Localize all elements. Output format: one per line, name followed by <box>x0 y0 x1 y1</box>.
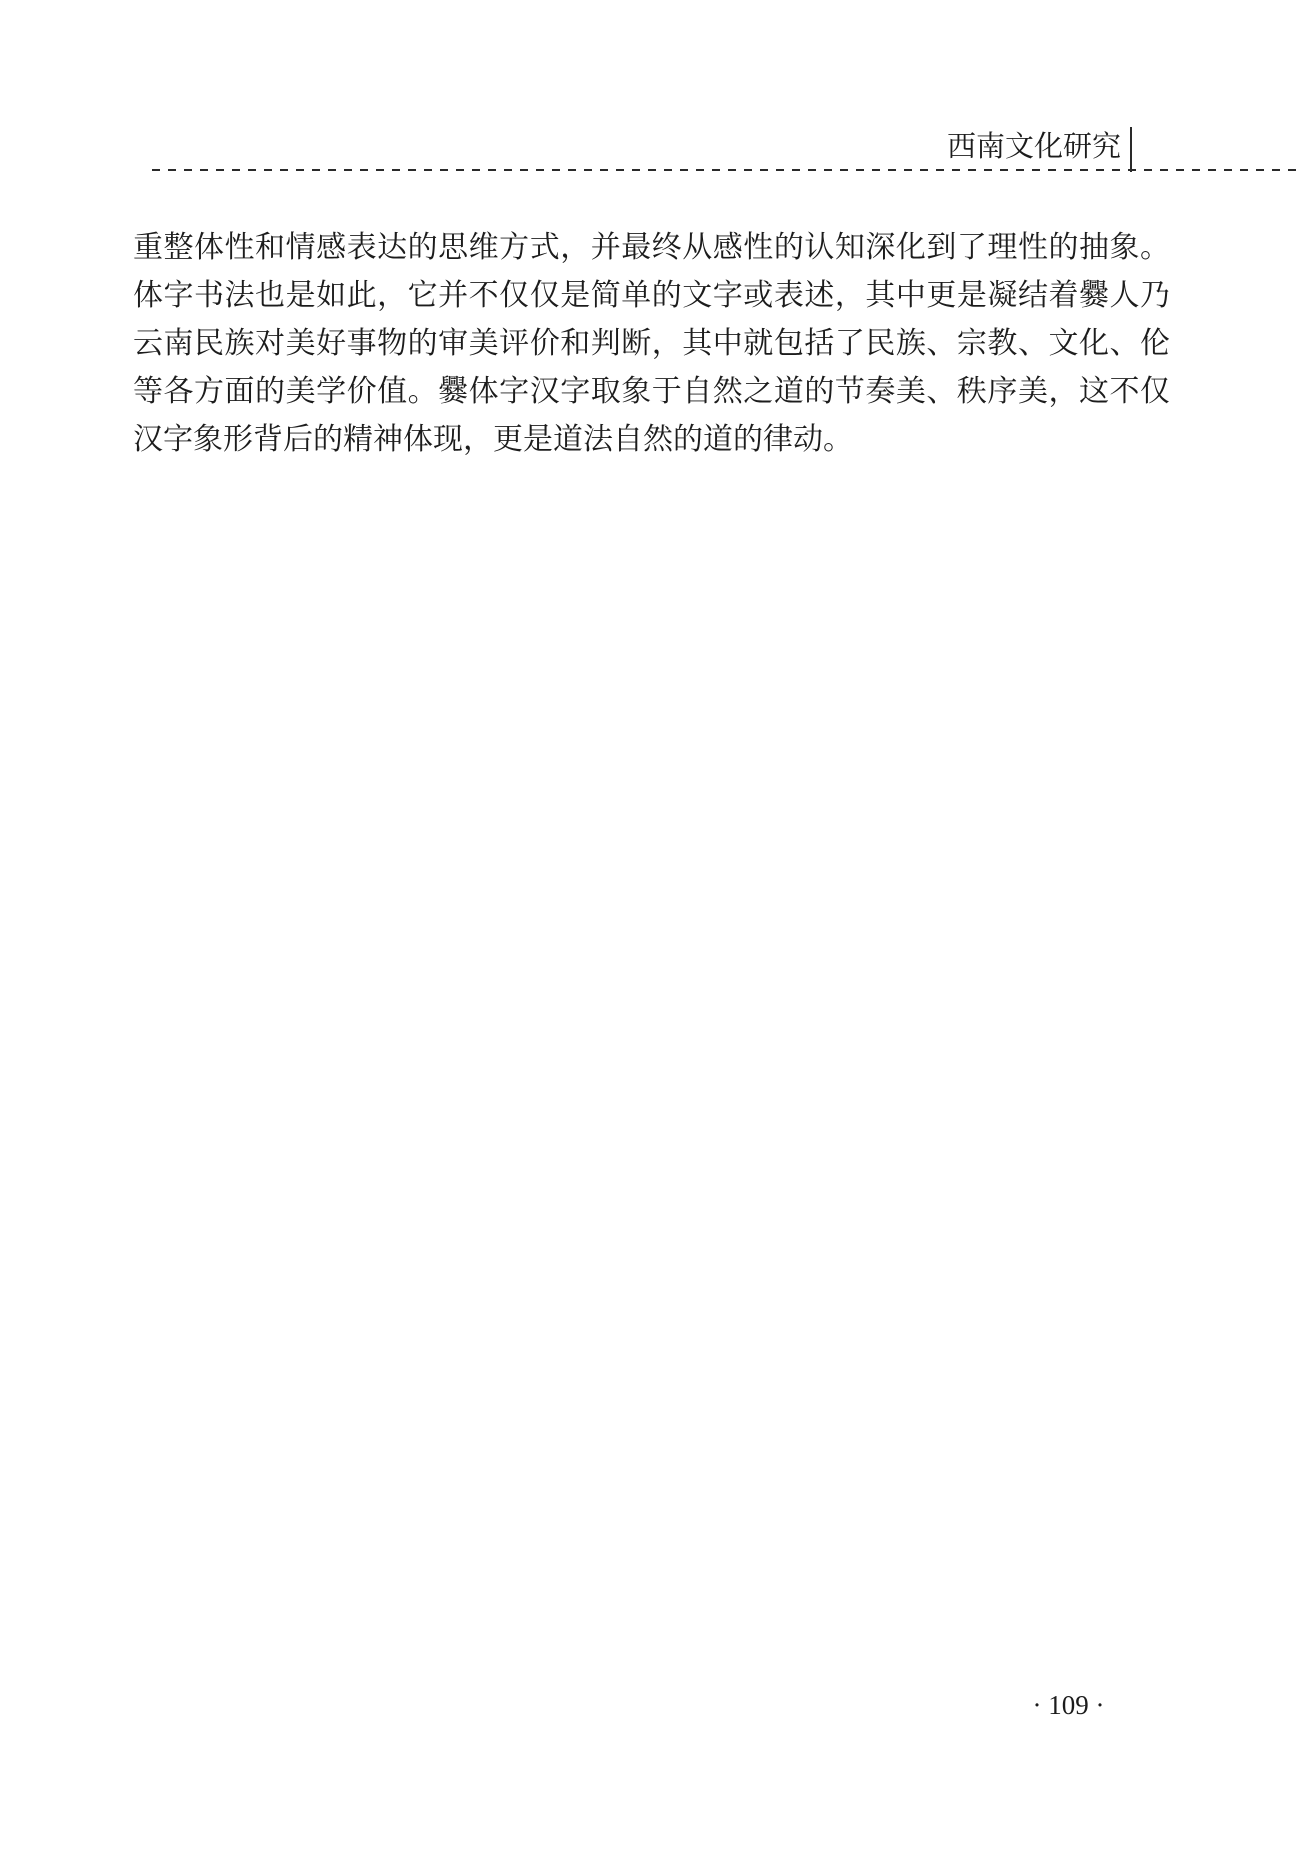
paragraph-line: 重整体性和情感表达的思维方式，并最终从感性的认知深化到了理性的抽象。爨 <box>133 224 1170 272</box>
paragraph-line: 云南民族对美好事物的审美评价和判断，其中就包括了民族、宗教、文化、伦理 <box>133 320 1170 368</box>
document-page: 西南文化研究 重整体性和情感表达的思维方式，并最终从感性的认知深化到了理性的抽象… <box>0 0 1307 1859</box>
page-number: · 109 · <box>996 1688 1141 1722</box>
header-vertical-rule <box>1130 127 1132 172</box>
paragraph-line: 汉字象形背后的精神体现，更是道法自然的道的律动。 <box>133 416 1170 464</box>
header-dashed-divider <box>152 169 1302 171</box>
paragraph-line: 等各方面的美学价值。爨体字汉字取象于自然之道的节奏美、秩序美，这不仅是 <box>133 368 1170 416</box>
paragraph-line: 体字书法也是如此，它并不仅仅是简单的文字或表述，其中更是凝结着爨人乃至 <box>133 272 1170 320</box>
running-header-title: 西南文化研究 <box>0 131 1121 163</box>
body-paragraph: 重整体性和情感表达的思维方式，并最终从感性的认知深化到了理性的抽象。爨 体字书法… <box>133 224 1170 464</box>
